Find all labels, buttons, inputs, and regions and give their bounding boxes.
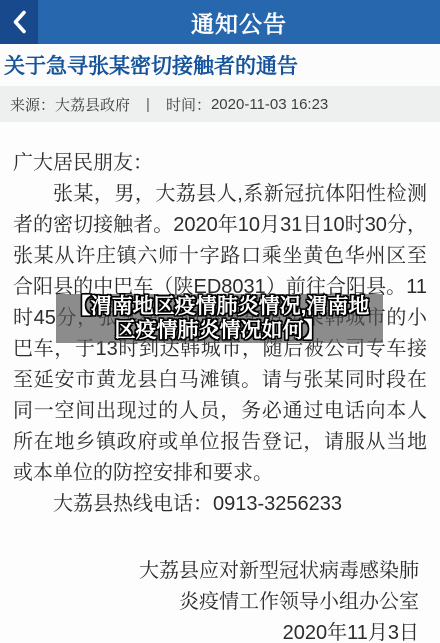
meta-divider: | <box>146 96 150 113</box>
time-value: 2020-11-03 16:23 <box>211 96 328 113</box>
source-label: 来源： <box>10 94 55 115</box>
notice-body: 广大居民朋友： 张某，男，大荔县人,系新冠抗体阳性检测者的密切接触者。2020年… <box>0 122 440 643</box>
header-bar: 通知公告 <box>0 0 440 44</box>
signature-block: 大荔县应对新型冠状病毒感染肺 炎疫情工作领导小组办公室 2020年11月3日 <box>13 556 427 643</box>
signature-date: 2020年11月3日 <box>13 618 419 643</box>
meta-row: 来源： 大荔县政府 | 时间： 2020-11-03 16:23 <box>0 86 440 122</box>
signature-line-1: 大荔县应对新型冠状病毒感染肺 <box>13 556 419 587</box>
notice-screen: 通知公告 关于急寻张某密切接触者的通告 来源： 大荔县政府 | 时间： 2020… <box>0 0 440 643</box>
time-label: 时间： <box>166 94 211 115</box>
salutation-line: 广大居民朋友： <box>13 148 427 179</box>
article-title: 关于急寻张某密切接触者的通告 <box>0 44 440 86</box>
page-title: 通知公告 <box>38 0 440 44</box>
hotline-line: 大荔县热线电话：0913-3256233 <box>13 489 427 520</box>
source-value: 大荔县政府 <box>55 94 130 115</box>
chevron-left-icon <box>10 9 29 35</box>
signature-line-2: 炎疫情工作领导小组办公室 <box>13 587 419 618</box>
back-button[interactable] <box>0 0 38 44</box>
notice-paragraph: 张某，男，大荔县人,系新冠抗体阳性检测者的密切接触者。2020年10月31日10… <box>13 179 427 489</box>
